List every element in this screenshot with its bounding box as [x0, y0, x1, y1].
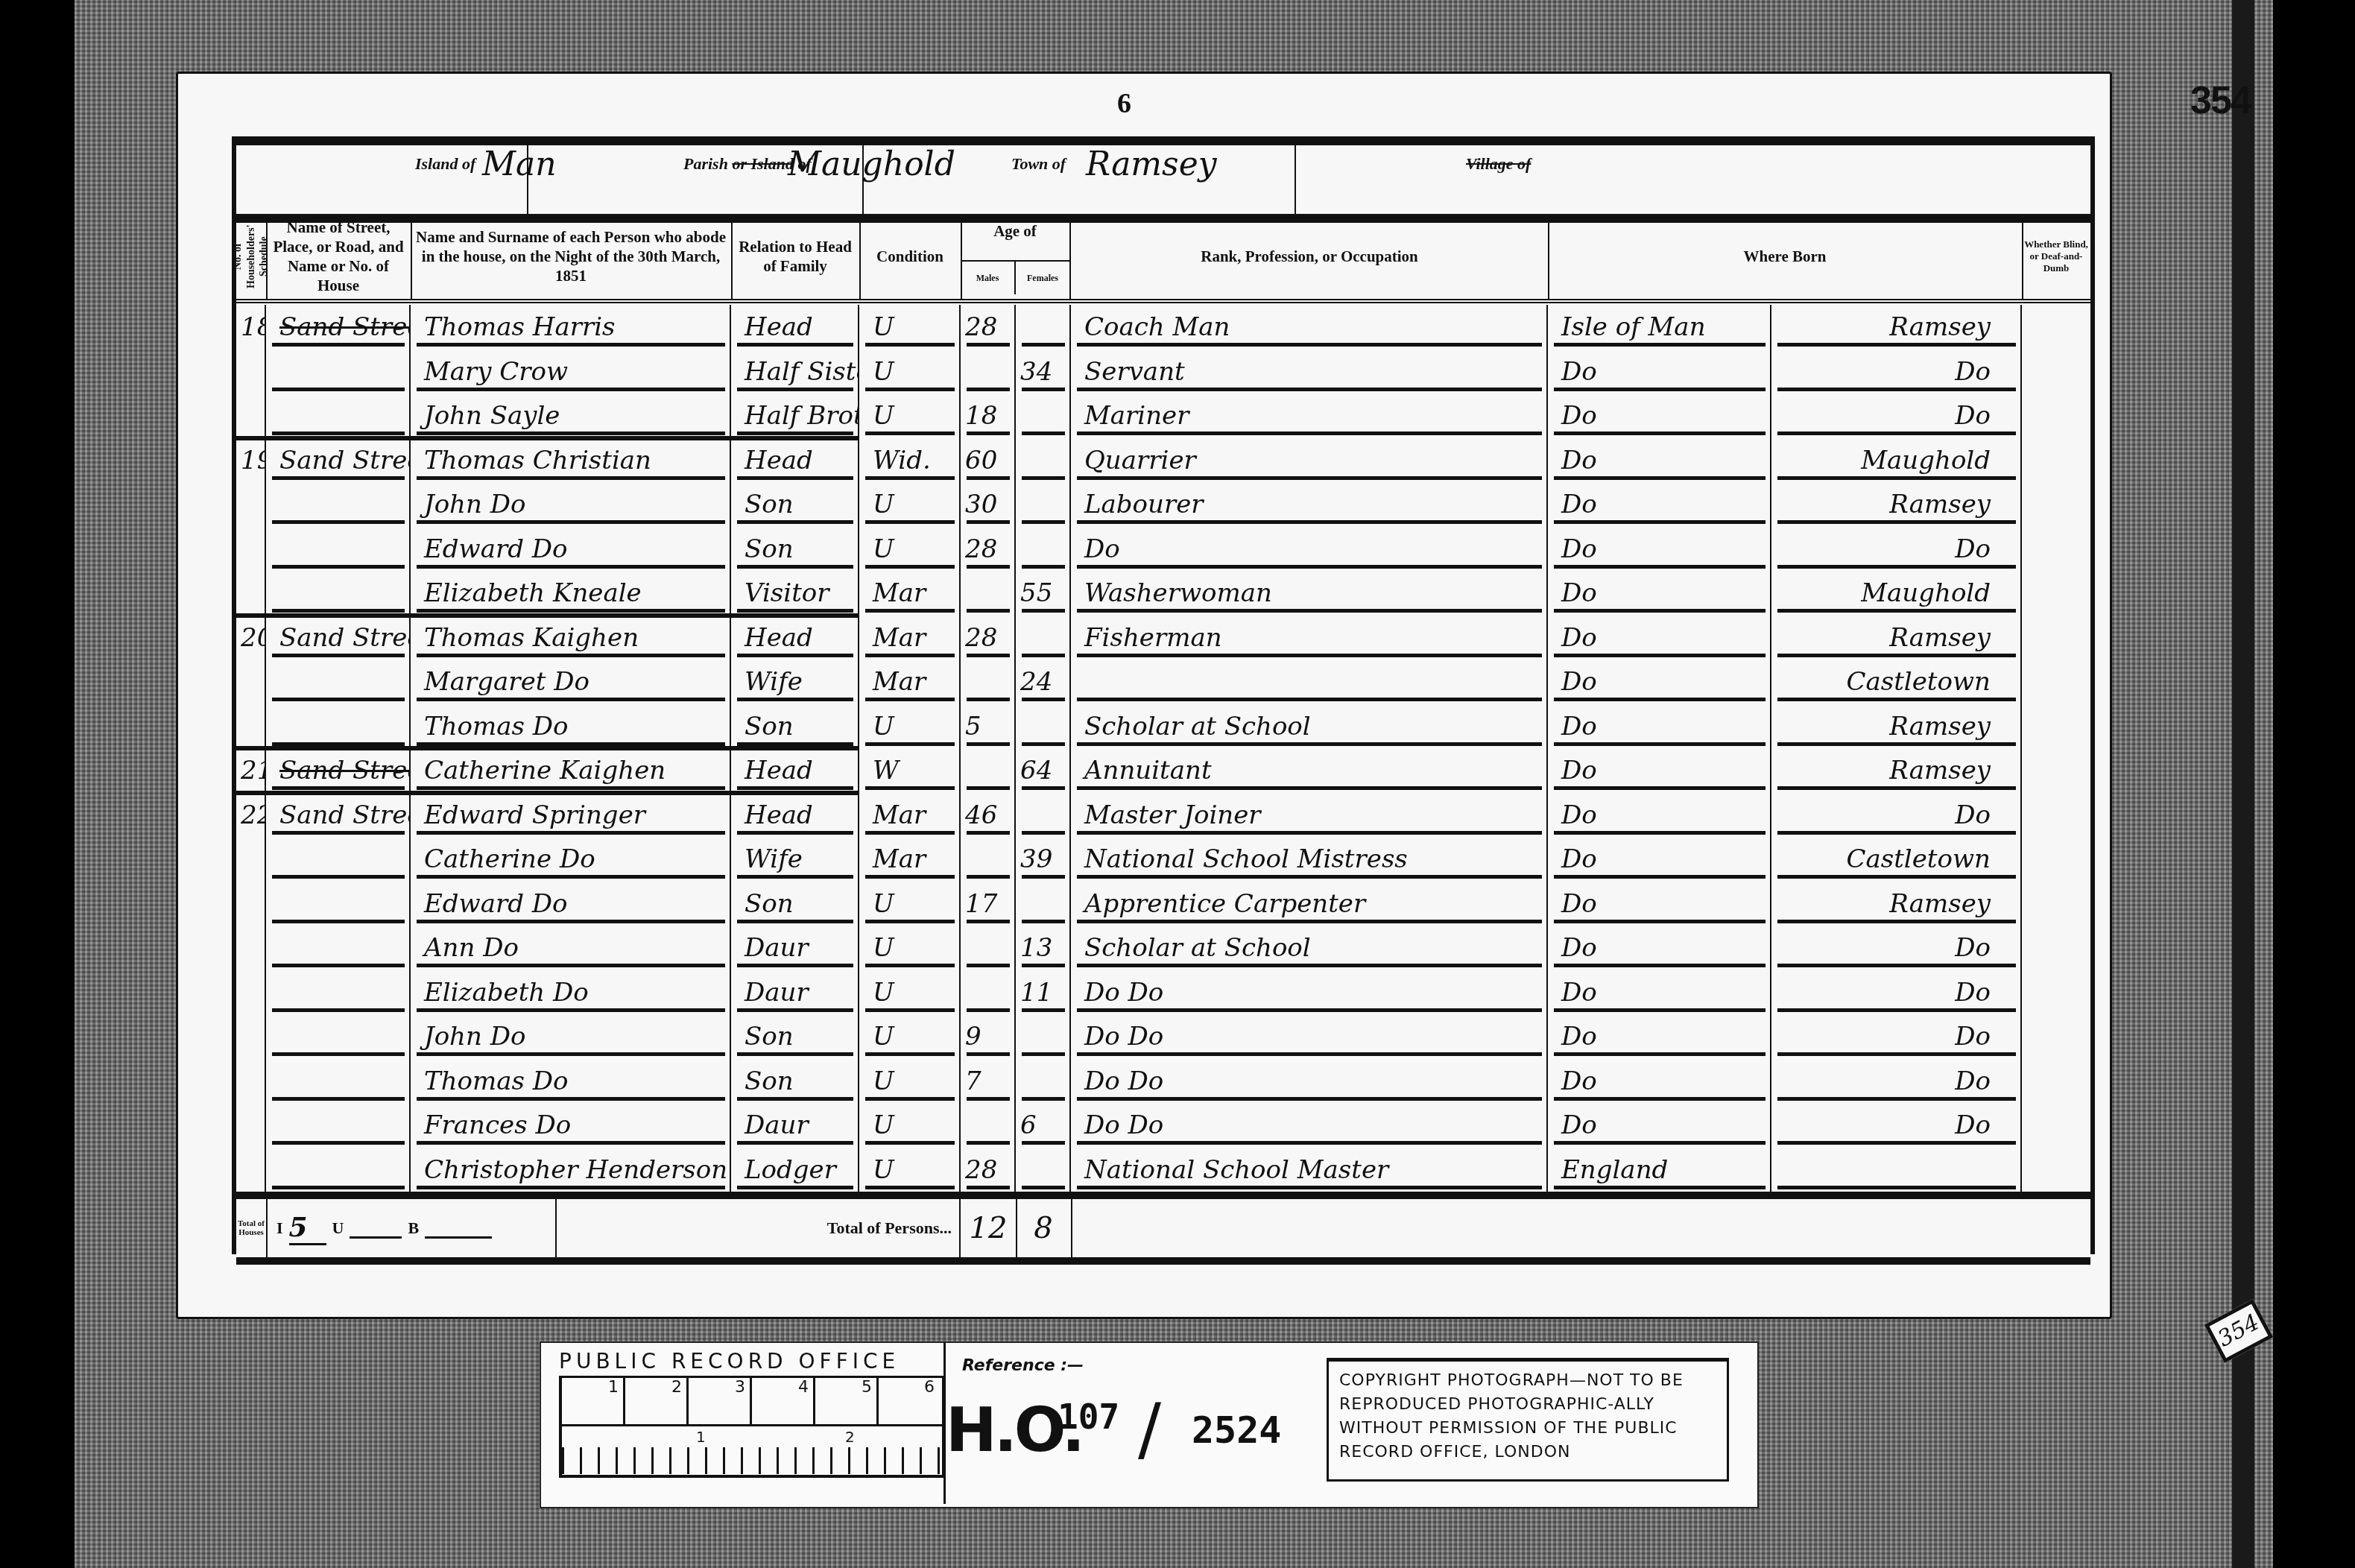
col-blind-deaf: Whether Blind, or Deaf-and-Dumb: [2022, 214, 2090, 299]
ruled-line: [1554, 431, 1766, 435]
ruled-line: [417, 698, 725, 701]
schedule-number: [236, 926, 266, 970]
blind-deaf: [2022, 882, 2090, 926]
ruled-line: [737, 520, 853, 524]
total-males: 12: [961, 1199, 1017, 1257]
ruled-line: [272, 343, 405, 347]
scale-ruler: 1 2 3 4 5 6 1 2: [559, 1376, 945, 1478]
reference-label: PUBLIC RECORD OFFICE 1 2 3 4 5 6 1 2 Ref…: [540, 1341, 1759, 1508]
ruled-line: [417, 476, 725, 480]
ruled-line: [1554, 1052, 1766, 1056]
schedule-number: [236, 1014, 266, 1059]
schedule-number: [236, 571, 266, 616]
ruled-line: [1777, 520, 2016, 524]
ruler-mark: 2: [625, 1378, 689, 1424]
ruled-line: [272, 1141, 405, 1145]
ruled-line: [417, 654, 725, 657]
ruled-line: [272, 1186, 405, 1189]
ruled-line: [272, 920, 405, 923]
ruled-line: [1554, 565, 1766, 569]
ruled-line: [1022, 1186, 1065, 1189]
census-row: Ann DoDaurU13Scholar at SchoolDoDo: [236, 926, 2090, 970]
corner-page-number: 354: [2204, 1299, 2274, 1363]
ruled-line: [272, 565, 405, 569]
ruled-line: [1022, 565, 1065, 569]
uninhabited-prefix: U: [332, 1218, 344, 1238]
ruled-line: [1554, 742, 1766, 746]
col-condition: Condition: [859, 214, 962, 299]
total-persons-label: Total of Persons...: [557, 1199, 961, 1257]
col-street: Name of Street, Place, or Road, and Name…: [266, 214, 412, 299]
ruled-line: [1777, 388, 2016, 391]
ruled-line: [272, 520, 405, 524]
ruled-line: [1022, 476, 1065, 480]
village-cell: Village of: [1295, 145, 2086, 214]
ruled-line: [272, 388, 405, 391]
ruled-line: [1554, 476, 1766, 480]
reference-box: Reference :— H.O. 107 / 2524: [943, 1343, 1326, 1504]
ruled-line: [1077, 786, 1542, 790]
ruled-line: [1022, 343, 1065, 347]
blind-deaf: [2022, 393, 2090, 438]
ruled-line: [737, 476, 853, 480]
ruled-line: [1022, 654, 1065, 657]
column-headers: No. of Householders' Schedule Name of St…: [236, 214, 2090, 303]
ruled-line: [417, 920, 725, 923]
ruled-line: [1777, 565, 2016, 569]
ruler-mark: 6: [879, 1378, 939, 1424]
ruled-line: [1077, 1186, 1542, 1189]
totals-row: Total of Houses I 5 U B Total of Persons…: [236, 1192, 2090, 1265]
schedule-number: [236, 1059, 266, 1104]
ruled-line: [1022, 609, 1065, 613]
blind-deaf: [2022, 571, 2090, 616]
ruled-line: [1554, 964, 1766, 967]
ruled-line: [1077, 609, 1542, 613]
blind-deaf: [2022, 970, 2090, 1015]
ruled-line: [417, 875, 725, 879]
col-householders: No. of Householders' Schedule: [236, 214, 268, 299]
ruled-line: [1777, 1097, 2016, 1101]
ruled-line: [1022, 698, 1065, 701]
ruled-line: [1554, 654, 1766, 657]
census-row: Catherine DoWifeMar39National School Mis…: [236, 837, 2090, 882]
ruler-mark: 3: [689, 1378, 752, 1424]
blind-deaf: [2022, 1059, 2090, 1104]
census-form: Island of Man Parish or Island of Maugho…: [232, 136, 2095, 1254]
town-value: Ramsey: [1086, 145, 1217, 183]
ruled-line: [1777, 343, 2016, 347]
ruled-line: [417, 520, 725, 524]
town-cell: Town of Ramsey: [862, 145, 1296, 214]
schedule-number: [236, 393, 266, 438]
ruled-line: [737, 698, 853, 701]
schedule-number: [236, 350, 266, 394]
reference-slash: /: [1138, 1389, 1161, 1469]
census-row: Edward DoSonU28DoDoDo: [236, 527, 2090, 572]
schedule-number: [236, 882, 266, 926]
blind-deaf: [2022, 1148, 2090, 1192]
ruled-line: [737, 875, 853, 879]
schedule-number: 20: [236, 616, 266, 660]
ruled-line: [1022, 875, 1065, 879]
ruled-line: [737, 964, 853, 967]
census-row: Mary CrowHalf SisterU34ServantDoDo: [236, 350, 2090, 394]
ruled-line: [1077, 920, 1542, 923]
office-heading: PUBLIC RECORD OFFICE: [559, 1349, 900, 1373]
males-label: Males: [961, 262, 1016, 294]
ruled-line: [1554, 698, 1766, 701]
ruled-line: [865, 698, 955, 701]
ruled-line: [417, 786, 725, 790]
col-relation: Relation to Head of Family: [731, 214, 861, 299]
ruled-line: [865, 654, 955, 657]
blind-deaf: [2022, 305, 2090, 350]
total-houses-label: Total of Houses: [236, 1199, 268, 1257]
village-label: Village of: [1466, 154, 1531, 174]
ruled-line: [1022, 388, 1065, 391]
census-row: John SayleHalf BrotherU18MarinerDoDo: [236, 393, 2090, 438]
ruled-line: [1777, 431, 2016, 435]
ruled-line: [417, 388, 725, 391]
ruled-line: [1777, 786, 2016, 790]
ruled-line: [1077, 343, 1542, 347]
folio-number: 6: [1117, 87, 1131, 120]
census-row: Frances DoDaurU6Do DoDoDo: [236, 1103, 2090, 1148]
ruled-line: [737, 654, 853, 657]
ruled-line: [1077, 1052, 1542, 1056]
ruled-line: [1554, 920, 1766, 923]
ruled-line: [737, 1186, 853, 1189]
ruled-line: [865, 831, 955, 835]
ruled-line: [737, 388, 853, 391]
parish-label: Parish: [683, 154, 728, 173]
ruled-line: [1022, 964, 1065, 967]
females-label: Females: [1016, 262, 1069, 294]
ruled-line: [967, 431, 1010, 435]
census-row: 20Sand StreetThomas KaighenHeadMar28Fish…: [236, 616, 2090, 660]
col-occupation: Rank, Profession, or Occupation: [1071, 214, 1549, 299]
location-header: Island of Man Parish or Island of Maugho…: [236, 136, 2090, 223]
ruled-line: [737, 786, 853, 790]
ruler-mark: 2: [845, 1428, 855, 1446]
ruled-line: [417, 742, 725, 746]
census-row: 18Sand StreetThomas HarrisHeadU28Coach M…: [236, 305, 2090, 350]
ruled-line: [1554, 1008, 1766, 1012]
ruled-line: [865, 964, 955, 967]
ruled-line: [1777, 742, 2016, 746]
census-row: 19Sand StreetThomas ChristianHeadWid.60Q…: [236, 438, 2090, 483]
parish-label-struck: or Island: [732, 154, 794, 173]
schedule-number: [236, 527, 266, 572]
ruled-line: [1022, 1008, 1065, 1012]
schedule-number: [236, 837, 266, 882]
ruled-line: [1554, 1097, 1766, 1101]
ruler-mark: 4: [752, 1378, 815, 1424]
ruled-line: [865, 609, 955, 613]
piece-number: 2524: [1192, 1409, 1281, 1452]
ruled-line: [737, 1052, 853, 1056]
household-separator: [236, 436, 859, 440]
blind-deaf: [2022, 660, 2090, 704]
ruled-line: [1554, 831, 1766, 835]
census-row: John DoSonU30LabourerDoRamsey: [236, 482, 2090, 527]
ruler-ticks: 1 2: [562, 1424, 942, 1474]
ruled-line: [865, 343, 955, 347]
blind-deaf: [2022, 704, 2090, 749]
ruler-mark: 1: [562, 1378, 625, 1424]
ruled-line: [1022, 1097, 1065, 1101]
blind-deaf: [2022, 1014, 2090, 1059]
ruled-line: [272, 698, 405, 701]
census-row: Christopher HendersonLodgerU28National S…: [236, 1148, 2090, 1192]
ruled-line: [1777, 1052, 2016, 1056]
ruled-line: [967, 476, 1010, 480]
ruled-line: [967, 1186, 1010, 1189]
ruled-line: [417, 1052, 725, 1056]
ruled-line: [1077, 698, 1542, 701]
reference-caption: Reference :—: [962, 1356, 1084, 1375]
ruled-line: [737, 343, 853, 347]
blind-deaf: [2022, 748, 2090, 793]
household-separator: [236, 746, 859, 750]
schedule-number: 18: [236, 305, 266, 350]
ruled-line: [967, 1097, 1010, 1101]
inhabited-prefix: I: [276, 1218, 283, 1238]
ruled-line: [1077, 964, 1542, 967]
schedule-number: 21: [236, 748, 266, 793]
ruled-line: [737, 609, 853, 613]
ruled-line: [417, 609, 725, 613]
ruled-line: [272, 431, 405, 435]
ruled-line: [865, 1097, 955, 1101]
ruled-line: [1777, 920, 2016, 923]
houses-tally: I 5 U B: [266, 1199, 557, 1257]
ruled-line: [967, 742, 1010, 746]
census-row: Edward DoSonU17Apprentice CarpenterDoRam…: [236, 882, 2090, 926]
ruled-line: [417, 1141, 725, 1145]
census-row: Elizabeth DoDaurU11Do DoDoDo: [236, 970, 2090, 1015]
ruled-line: [417, 565, 725, 569]
ruled-line: [967, 698, 1010, 701]
ruled-line: [1554, 786, 1766, 790]
schedule-number: [236, 482, 266, 527]
ruled-line: [1077, 654, 1542, 657]
ruled-line: [1077, 476, 1542, 480]
ruled-line: [1554, 609, 1766, 613]
ruled-line: [967, 1141, 1010, 1145]
copyright-notice: COPYRIGHT PHOTOGRAPH—NOT TO BE REPRODUCE…: [1327, 1358, 1729, 1482]
ruled-line: [967, 920, 1010, 923]
census-row: Thomas DoSonU5Scholar at SchoolDoRamsey: [236, 704, 2090, 749]
ruled-line: [1077, 1008, 1542, 1012]
ruled-line: [737, 831, 853, 835]
schedule-number: [236, 1148, 266, 1192]
ruled-line: [865, 1141, 955, 1145]
ruled-line: [967, 786, 1010, 790]
ruled-line: [1077, 1097, 1542, 1101]
ruled-line: [1777, 609, 2016, 613]
island-cell: Island of Man: [236, 145, 528, 214]
ruled-line: [1777, 698, 2016, 701]
ruled-line: [865, 476, 955, 480]
ruled-line: [272, 875, 405, 879]
scan-border-right: [2273, 0, 2355, 1568]
census-page: 6 354 Island of Man Parish or Island of …: [176, 72, 2112, 1319]
ruled-line: [272, 1008, 405, 1012]
blind-deaf: [2022, 616, 2090, 660]
ruled-line: [1777, 1186, 2016, 1189]
blind-deaf: [2022, 438, 2090, 483]
ruled-line: [272, 964, 405, 967]
ruled-line: [967, 875, 1010, 879]
building-prefix: B: [408, 1218, 419, 1238]
ruled-line: [1022, 1141, 1065, 1145]
ruled-line: [1022, 742, 1065, 746]
ruled-line: [1554, 520, 1766, 524]
ruled-line: [967, 343, 1010, 347]
blind-deaf: [2022, 1103, 2090, 1148]
schedule-number: 19: [236, 438, 266, 483]
schedule-number: [236, 704, 266, 749]
blind-deaf: [2022, 926, 2090, 970]
ruled-line: [1554, 343, 1766, 347]
ruled-line: [865, 1008, 955, 1012]
census-row: John DoSonU9Do DoDoDo: [236, 1014, 2090, 1059]
ruled-line: [1077, 831, 1542, 835]
blind-deaf: [2022, 837, 2090, 882]
ruled-line: [737, 920, 853, 923]
ruled-line: [1777, 831, 2016, 835]
ruled-line: [1777, 476, 2016, 480]
ruled-line: [1022, 831, 1065, 835]
ruled-line: [417, 343, 725, 347]
ruler-mark: 5: [815, 1378, 879, 1424]
age-of-label: Age of: [993, 221, 1037, 241]
ruled-line: [967, 565, 1010, 569]
ruled-line: [272, 742, 405, 746]
ruled-line: [1554, 1186, 1766, 1189]
ruled-line: [865, 875, 955, 879]
ruled-line: [417, 964, 725, 967]
ruled-line: [865, 565, 955, 569]
ruled-line: [865, 388, 955, 391]
ruled-line: [272, 476, 405, 480]
ruled-line: [1077, 742, 1542, 746]
parish-cell: Parish or Island of Maughold: [527, 145, 864, 214]
building-count: [425, 1218, 492, 1239]
blind-deaf: [2022, 350, 2090, 394]
uninhabited-count: [350, 1218, 402, 1239]
ruled-line: [1022, 786, 1065, 790]
ruled-line: [1022, 920, 1065, 923]
stamp-number: 354: [2190, 78, 2251, 123]
ruled-line: [1077, 388, 1542, 391]
schedule-number: [236, 660, 266, 704]
ruled-line: [272, 786, 405, 790]
ruled-line: [865, 1186, 955, 1189]
town-label: Town of: [1011, 154, 1066, 174]
ruled-line: [1022, 431, 1065, 435]
ruled-line: [1777, 964, 2016, 967]
col-where-born: Where Born: [1548, 214, 2023, 299]
ruled-line: [1554, 1141, 1766, 1145]
ruled-line: [417, 431, 725, 435]
census-row: Thomas DoSonU7Do DoDoDo: [236, 1059, 2090, 1104]
col-age: Age of Males Females: [961, 214, 1071, 299]
island-label: Island of: [415, 154, 475, 174]
census-row: 21Sand StreetCatherine KaighenHeadW64Ann…: [236, 748, 2090, 793]
ruled-line: [967, 609, 1010, 613]
ruled-line: [417, 1008, 725, 1012]
ruled-line: [1077, 1141, 1542, 1145]
ruled-line: [1077, 565, 1542, 569]
ruled-line: [1077, 520, 1542, 524]
ruled-line: [272, 654, 405, 657]
ruled-line: [737, 1008, 853, 1012]
ruled-line: [272, 1052, 405, 1056]
ruled-line: [272, 831, 405, 835]
ruled-line: [1554, 875, 1766, 879]
census-row: Margaret DoWifeMar24DoCastletown: [236, 660, 2090, 704]
total-females: 8: [1016, 1199, 1072, 1257]
census-row: Elizabeth KnealeVisitorMar55WasherwomanD…: [236, 571, 2090, 616]
household-separator: [236, 791, 859, 795]
ruler-mark: 1: [696, 1428, 706, 1446]
blind-deaf: [2022, 482, 2090, 527]
ruled-line: [865, 1052, 955, 1056]
census-row: 22Sand StreetEdward SpringerHeadMar46Mas…: [236, 793, 2090, 838]
blind-deaf: [2022, 793, 2090, 838]
household-separator: [236, 613, 859, 618]
ruled-line: [737, 742, 853, 746]
ruled-line: [737, 1097, 853, 1101]
ruled-line: [865, 786, 955, 790]
ruled-line: [417, 1186, 725, 1189]
inhabited-count: 5: [289, 1212, 326, 1245]
ruled-line: [737, 1141, 853, 1145]
ruled-line: [1077, 431, 1542, 435]
ruled-line: [967, 520, 1010, 524]
ruled-line: [1554, 388, 1766, 391]
ruled-line: [1777, 875, 2016, 879]
ruled-line: [865, 431, 955, 435]
ruled-line: [967, 654, 1010, 657]
ruled-line: [272, 1097, 405, 1101]
blind-deaf: [2022, 527, 2090, 572]
ruled-line: [967, 1052, 1010, 1056]
ruled-line: [1777, 1141, 2016, 1145]
ruled-line: [967, 388, 1010, 391]
ruled-line: [272, 609, 405, 613]
ruled-line: [967, 1008, 1010, 1012]
ruled-line: [967, 964, 1010, 967]
ruled-line: [1077, 875, 1542, 879]
schedule-number: 22: [236, 793, 266, 838]
series-number: 107: [1058, 1397, 1119, 1437]
scan-border-left: [0, 0, 75, 1568]
ruled-line: [1022, 520, 1065, 524]
ruled-line: [865, 520, 955, 524]
schedule-number: [236, 1103, 266, 1148]
ruled-line: [865, 742, 955, 746]
ruled-line: [967, 831, 1010, 835]
ruled-line: [1777, 1008, 2016, 1012]
ruled-line: [1022, 1052, 1065, 1056]
ruled-line: [865, 920, 955, 923]
ruled-line: [417, 831, 725, 835]
col-name: Name and Surname of each Person who abod…: [411, 214, 733, 299]
